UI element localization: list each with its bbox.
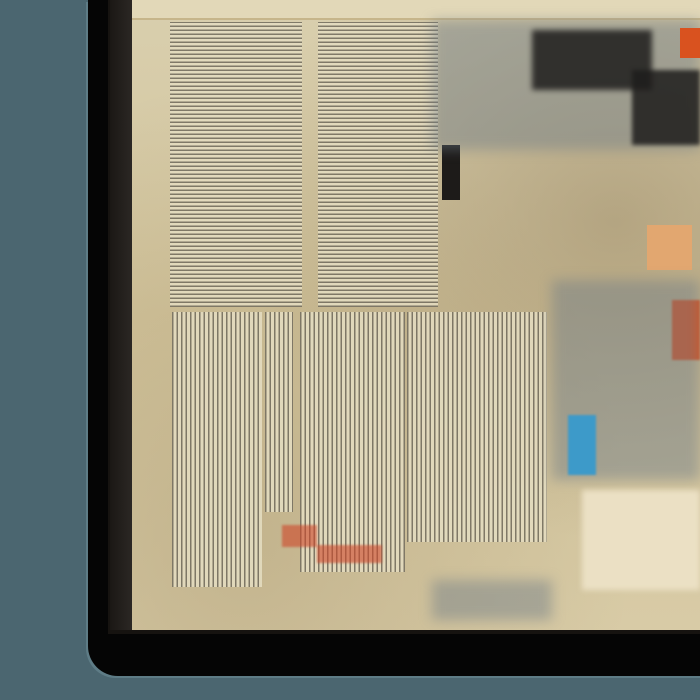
blue-wash-bottom bbox=[432, 580, 552, 620]
top-paper-band bbox=[132, 0, 700, 20]
newsprint-block-upper-center bbox=[318, 22, 438, 307]
newsprint-block-lower-left-2 bbox=[265, 312, 293, 512]
cream-wash-lower-right bbox=[582, 490, 700, 590]
newsprint-block-upper-left bbox=[170, 22, 302, 307]
newsprint-block-lower-left bbox=[172, 312, 262, 587]
blue-streak bbox=[568, 415, 596, 475]
orange-patch-top bbox=[680, 28, 700, 58]
red-stamp-mark-1 bbox=[282, 525, 317, 547]
ink-smudge-mid-right bbox=[632, 70, 700, 145]
black-label-strip bbox=[442, 145, 460, 200]
peach-patch bbox=[647, 225, 692, 270]
newsprint-block-lower-right bbox=[407, 312, 547, 542]
frame-inner-edge bbox=[110, 0, 132, 630]
red-stamp-mark-2 bbox=[317, 545, 382, 563]
collage-canvas bbox=[132, 0, 700, 630]
